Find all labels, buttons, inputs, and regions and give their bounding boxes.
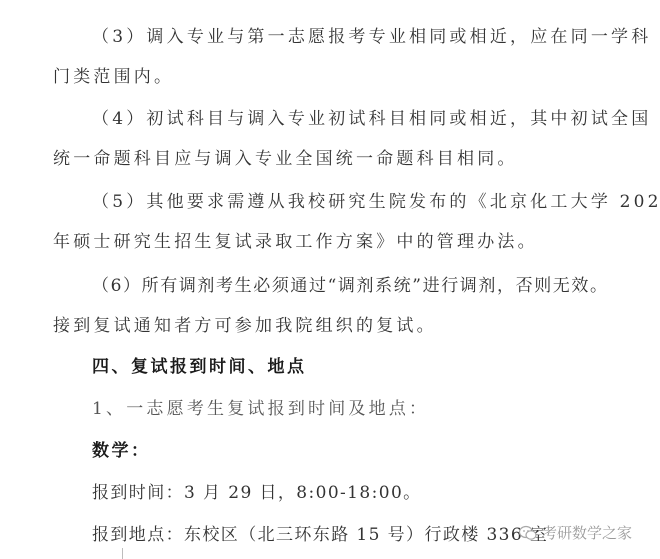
item-4-line-1: （4）初试科目与调入专业初试科目相同或相近，其中初试全国 (92, 108, 651, 130)
subsection-title: 1、一志愿考生复试报到时间及地点： (92, 398, 429, 420)
report-location: 报到地点：东校区（北三环东路 15 号）行政楼 336 室 (92, 524, 548, 546)
item-6-line-2: 接到复试通知者方可参加我院组织的复试。 (53, 315, 437, 337)
text-cursor-mark (122, 548, 123, 559)
subject-label: 数学： (92, 440, 151, 462)
watermark: 考研数学之家 (518, 522, 632, 543)
report-time: 报到时间：3 月 29 日，8:00-18:00。 (92, 482, 422, 504)
watermark-text: 考研数学之家 (542, 522, 632, 543)
section-heading: 四、复试报到时间、地点 (92, 356, 307, 378)
item-4-line-2: 统一命题科目应与调入专业全国统一命题科目相同。 (53, 148, 518, 170)
wechat-icon (518, 525, 538, 541)
item-3-line-1: （3）调入专业与第一志愿报考专业相同或相近，应在同一学科 (92, 26, 651, 48)
item-6-line-1: （6）所有调剂考生必须通过“调剂系统”进行调剂，否则无效。 (92, 275, 609, 297)
item-5-line-1: （5）其他要求需遵从我校研究生院发布的《北京化工大学 2023 (92, 191, 660, 213)
document-page: （3）调入专业与第一志愿报考专业相同或相近，应在同一学科 门类范围内。 （4）初… (0, 0, 660, 559)
item-3-line-2: 门类范围内。 (53, 66, 174, 88)
item-5-line-2: 年硕士研究生招生复试录取工作方案》中的管理办法。 (53, 231, 538, 253)
